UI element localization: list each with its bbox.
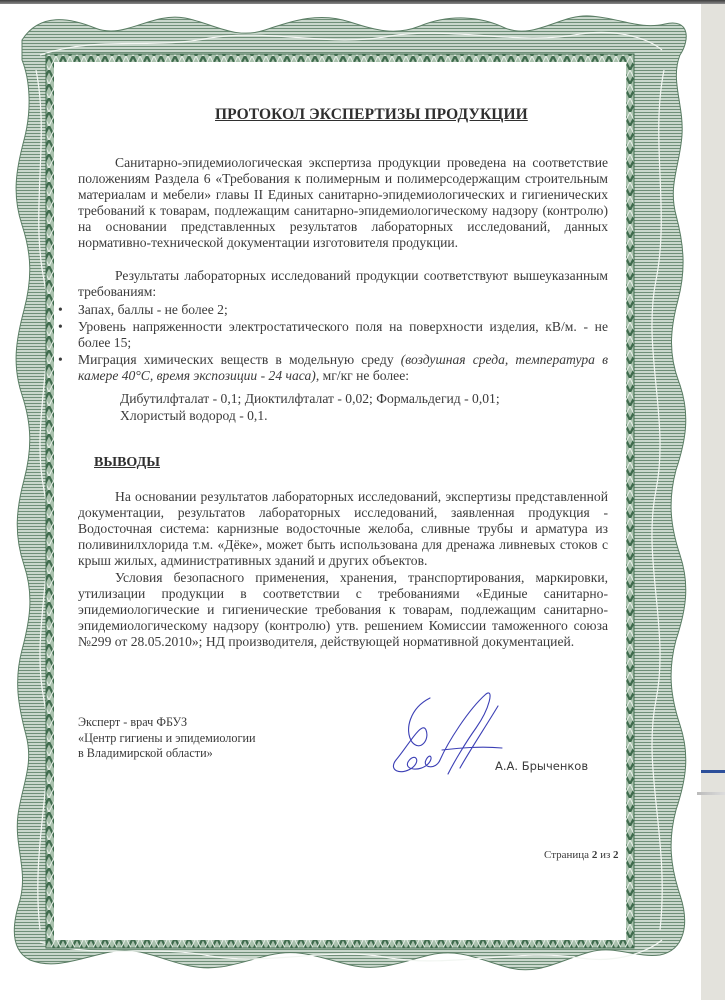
requirement-text: Миграция химических веществ в модельную … [78,352,401,367]
requirement-item: • Миграция химических веществ в модельну… [56,352,608,384]
signer-organization: «Центр гигиены и эпидемиологии [78,731,256,747]
signer-name: А.А. Брыченков [495,759,588,773]
conclusion-paragraph-2: Условия безопасного применения, хранения… [78,570,608,650]
requirements-list: • Запах, баллы - не более 2; • Уровень н… [56,302,608,384]
page-number: Страница 2 из 2 [544,849,619,861]
bullet-icon: • [58,352,63,368]
requirement-item: • Запах, баллы - не более 2; [56,302,608,318]
page-total: 2 [613,849,619,861]
bullet-icon: • [58,319,63,335]
requirement-text: Запах, баллы - не более 2; [78,302,228,317]
scan-right-edge [701,4,725,1000]
results-paragraph: Результаты лабораторных исследований про… [78,268,608,300]
conclusions-title: ВЫВОДЫ [94,455,160,471]
conclusion-paragraph-1: На основании результатов лабораторных ис… [78,489,608,569]
page-label: Страница [544,849,589,861]
migration-limits-line-2: Хлористый водород - 0,1. [78,408,268,424]
signer-position: Эксперт - врач ФБУЗ [78,715,256,731]
signer-block: Эксперт - врач ФБУЗ «Центр гигиены и эпи… [78,715,256,762]
migration-limits-line-1: Дибутилфталат - 0,1; Диоктилфталат - 0,0… [78,391,500,407]
intro-paragraph: Санитарно-эпидемиологическая экспертиза … [78,155,608,252]
scan-smudge [697,792,725,795]
page-of: из [600,849,610,861]
page-current: 2 [592,849,598,861]
requirement-text: Уровень напряженности электростатическог… [78,319,608,350]
bullet-icon: • [58,302,63,318]
scan-blue-mark [701,770,725,773]
document-title: ПРОТОКОЛ ЭКСПЕРТИЗЫ ПРОДУКЦИИ [215,106,528,124]
signer-region: в Владимирской области» [78,746,256,762]
document-page: ПРОТОКОЛ ЭКСПЕРТИЗЫ ПРОДУКЦИИ Санитарно-… [54,62,626,940]
requirement-item: • Уровень напряженности электростатическ… [56,319,608,351]
requirement-unit: , мг/кг не более: [316,368,409,383]
